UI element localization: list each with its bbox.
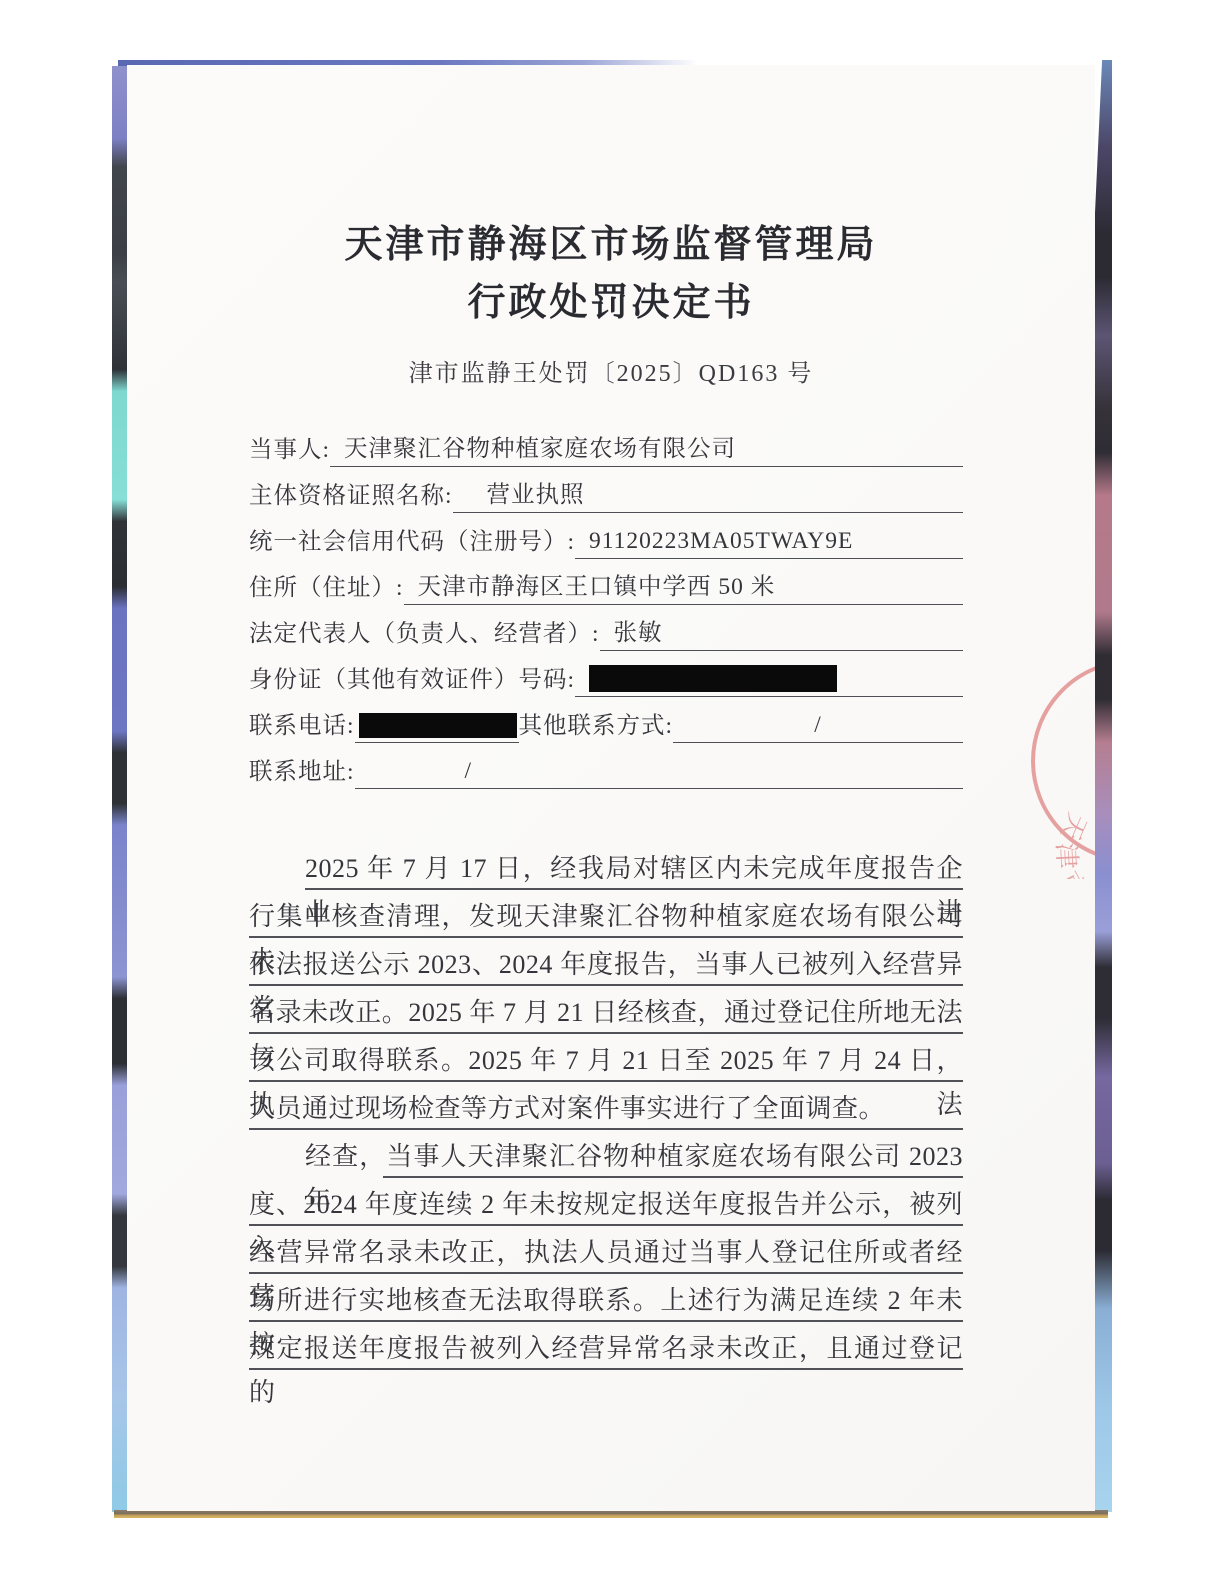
body-line: 场所进行实地核查无法取得联系。上述行为满足连续 2 年未按 — [249, 1279, 963, 1327]
field-id-number: 身份证（其他有效证件）号码: — [249, 651, 963, 697]
ruled-underline — [249, 1368, 963, 1370]
ruled-underline — [383, 1176, 963, 1178]
field-label: 身份证（其他有效证件）号码: — [249, 660, 575, 697]
ruled-underline — [249, 1272, 963, 1274]
field-legal-rep: 法定代表人（负责人、经营者）: 张敏 — [249, 605, 963, 651]
document-number: 津市监静王处罚〔2025〕QD163 号 — [127, 353, 1095, 388]
ruled-underline — [249, 936, 963, 938]
field-label: 住所（住址）: — [249, 568, 404, 605]
field-label: 主体资格证照名称: — [249, 476, 453, 513]
field-phone: 联系电话: 其他联系方式: / — [249, 697, 963, 743]
penalty-decision-page: 天津市静海区市场监督管理局 行政处罚决定书 津市监静王处罚〔2025〕QD163… — [127, 65, 1095, 1511]
field-value: 91120223MA05TWAY9E — [589, 528, 853, 555]
ruled-underline — [249, 1224, 963, 1226]
party-info-fields: 当事人: 天津聚汇谷物种植家庭农场有限公司 主体资格证照名称: 营业执照 统一社… — [249, 421, 963, 789]
body-line: 经营异常名录未改正，执法人员通过当事人登记住所或者经营 — [249, 1231, 963, 1279]
field-address: 住所（住址）: 天津市静海区王口镇中学西 50 米 — [249, 559, 963, 605]
seal-text: 天津市静海 — [1051, 809, 1095, 879]
field-value: 营业执照 — [487, 475, 585, 509]
body-line: 度、2024 年度连续 2 年未按规定报送年度报告并公示，被列入 — [249, 1183, 963, 1231]
ruled-underline — [249, 1080, 963, 1082]
field-value: 张敏 — [614, 613, 663, 647]
body-line: 依法报送公示 2023、2024 年度报告，当事人已被列入经营异常 — [249, 943, 963, 991]
field-label-secondary: 其他联系方式: — [519, 706, 674, 743]
field-value: 天津聚汇谷物种植家庭农场有限公司 — [344, 429, 736, 463]
body-line: 行集中核查清理，发现天津聚汇谷物种植家庭农场有限公司未 — [249, 895, 963, 943]
body-line: 名录未改正。2025 年 7 月 21 日经核查，通过登记住所地无法与 — [249, 991, 963, 1039]
field-label: 当事人: — [249, 430, 330, 467]
paper-bottom-edge — [114, 1510, 1108, 1518]
body-text: 2025 年 7 月 17 日，经我局对辖区内未完成年度报告企业进 行集中核查清… — [249, 847, 963, 1375]
field-party: 当事人: 天津聚汇谷物种植家庭农场有限公司 — [249, 421, 963, 467]
body-line: 2025 年 7 月 17 日，经我局对辖区内未完成年度报告企业进 — [249, 847, 963, 895]
field-value: / — [814, 712, 822, 739]
background-edge-strip-right — [1094, 60, 1112, 1512]
field-value: / — [369, 758, 473, 785]
field-label: 统一社会信用代码（注册号）: — [249, 522, 575, 559]
field-label: 联系电话: — [249, 706, 355, 743]
ruled-underline — [249, 1128, 963, 1130]
document-photo: 天津市静海区市场监督管理局 行政处罚决定书 津市监静王处罚〔2025〕QD163… — [112, 60, 1112, 1518]
body-line: 人员通过现场检查等方式对案件事实进行了全面调查。 — [249, 1087, 963, 1135]
field-value: 天津市静海区王口镇中学西 50 米 — [418, 567, 776, 601]
field-label: 联系地址: — [249, 752, 355, 789]
ruled-underline — [249, 984, 963, 986]
svg-text:天津市静海: 天津市静海 — [1051, 809, 1095, 879]
redaction-bar — [359, 713, 517, 738]
body-line: 该公司取得联系。2025 年 7 月 21 日至 2025 年 7 月 24 日… — [249, 1039, 963, 1087]
ruled-underline — [249, 1032, 963, 1034]
ruled-underline — [249, 1320, 963, 1322]
field-license-name: 主体资格证照名称: 营业执照 — [249, 467, 963, 513]
field-label: 法定代表人（负责人、经营者）: — [249, 614, 600, 651]
field-credit-code: 统一社会信用代码（注册号）: 91120223MA05TWAY9E — [249, 513, 963, 559]
ruled-underline — [305, 888, 963, 890]
body-line: 经查，当事人天津聚汇谷物种植家庭农场有限公司 2023 年 — [249, 1135, 963, 1183]
official-red-seal: 天津市静海 — [1015, 643, 1095, 879]
body-line: 规定报送年度报告被列入经营异常名录未改正，且通过登记的 — [249, 1327, 963, 1375]
document-type-title: 行政处罚决定书 — [127, 271, 1095, 326]
redaction-bar — [589, 665, 837, 692]
agency-title: 天津市静海区市场监督管理局 — [127, 213, 1095, 268]
field-contact-address: 联系地址: / — [249, 743, 963, 789]
